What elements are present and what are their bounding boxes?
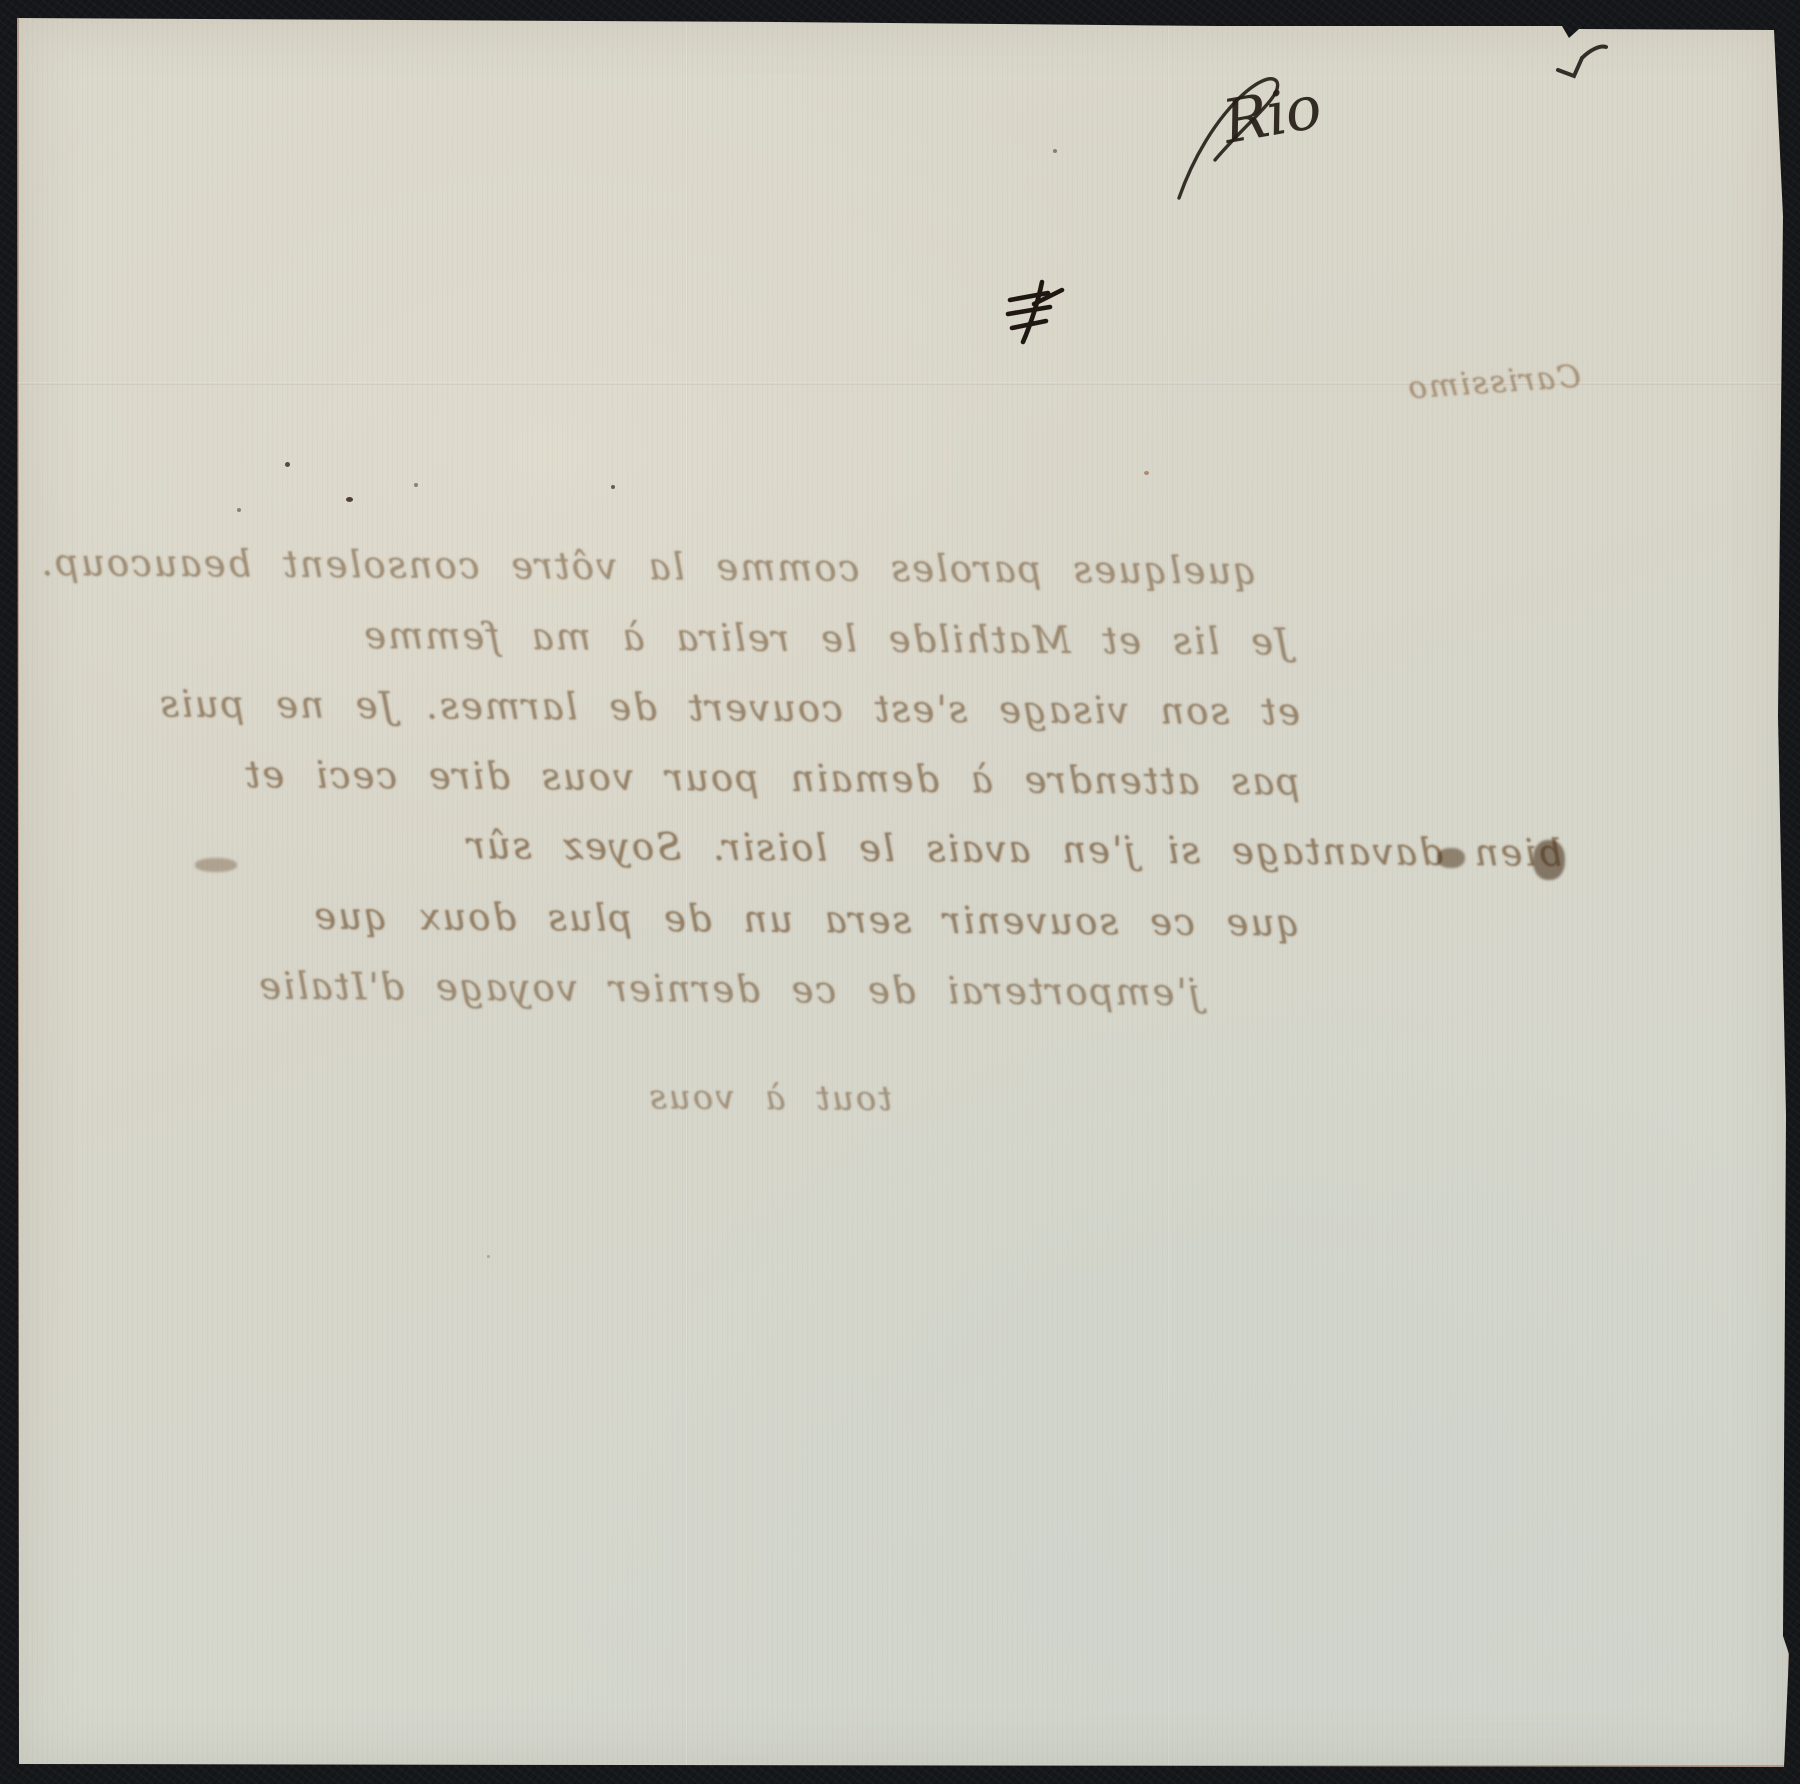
fold-crease-vertical-left [685,16,688,1767]
foxing-speck [1053,149,1057,153]
foxing-speck [237,508,241,512]
foxing-speck [285,462,290,467]
rio-inscription: Rio [1165,54,1395,214]
showthrough-line: que ce souvenir sera un de plus doux que [285,894,1300,944]
showthrough-line: et son visage s'est couvert de larmes. J… [300,684,1300,734]
fold-crease-vertical-right [1167,16,1170,1767]
letter-paper: Rio Carissimo quelques paroles comme la … [17,16,1790,1767]
showthrough-line: j'emporterai de ce dernier voyage d'Ital… [300,965,1200,1014]
paraph-ink-mark-icon [1002,274,1068,350]
ink-smudge [1533,840,1565,880]
showthrough-line: pas attendre à demain pour vous dire cec… [285,753,1300,803]
foxing-speck [414,483,418,487]
foxing-speck [611,485,615,489]
showthrough-line: quelques paroles comme la vôtre consolen… [235,542,1257,592]
paper-grain-texture [17,16,1790,1767]
paper-tear-mark-icon [1552,34,1612,86]
showthrough-closing: tout à vous [602,1077,892,1119]
foxing-speck [1144,471,1149,475]
ink-smudge [1437,848,1465,868]
foxing-speck [346,497,353,502]
showthrough-line: Je lis et Mathilde le relira à ma femme [280,613,1290,663]
ink-smudge [195,858,237,872]
foxing-speck [487,1255,490,1258]
